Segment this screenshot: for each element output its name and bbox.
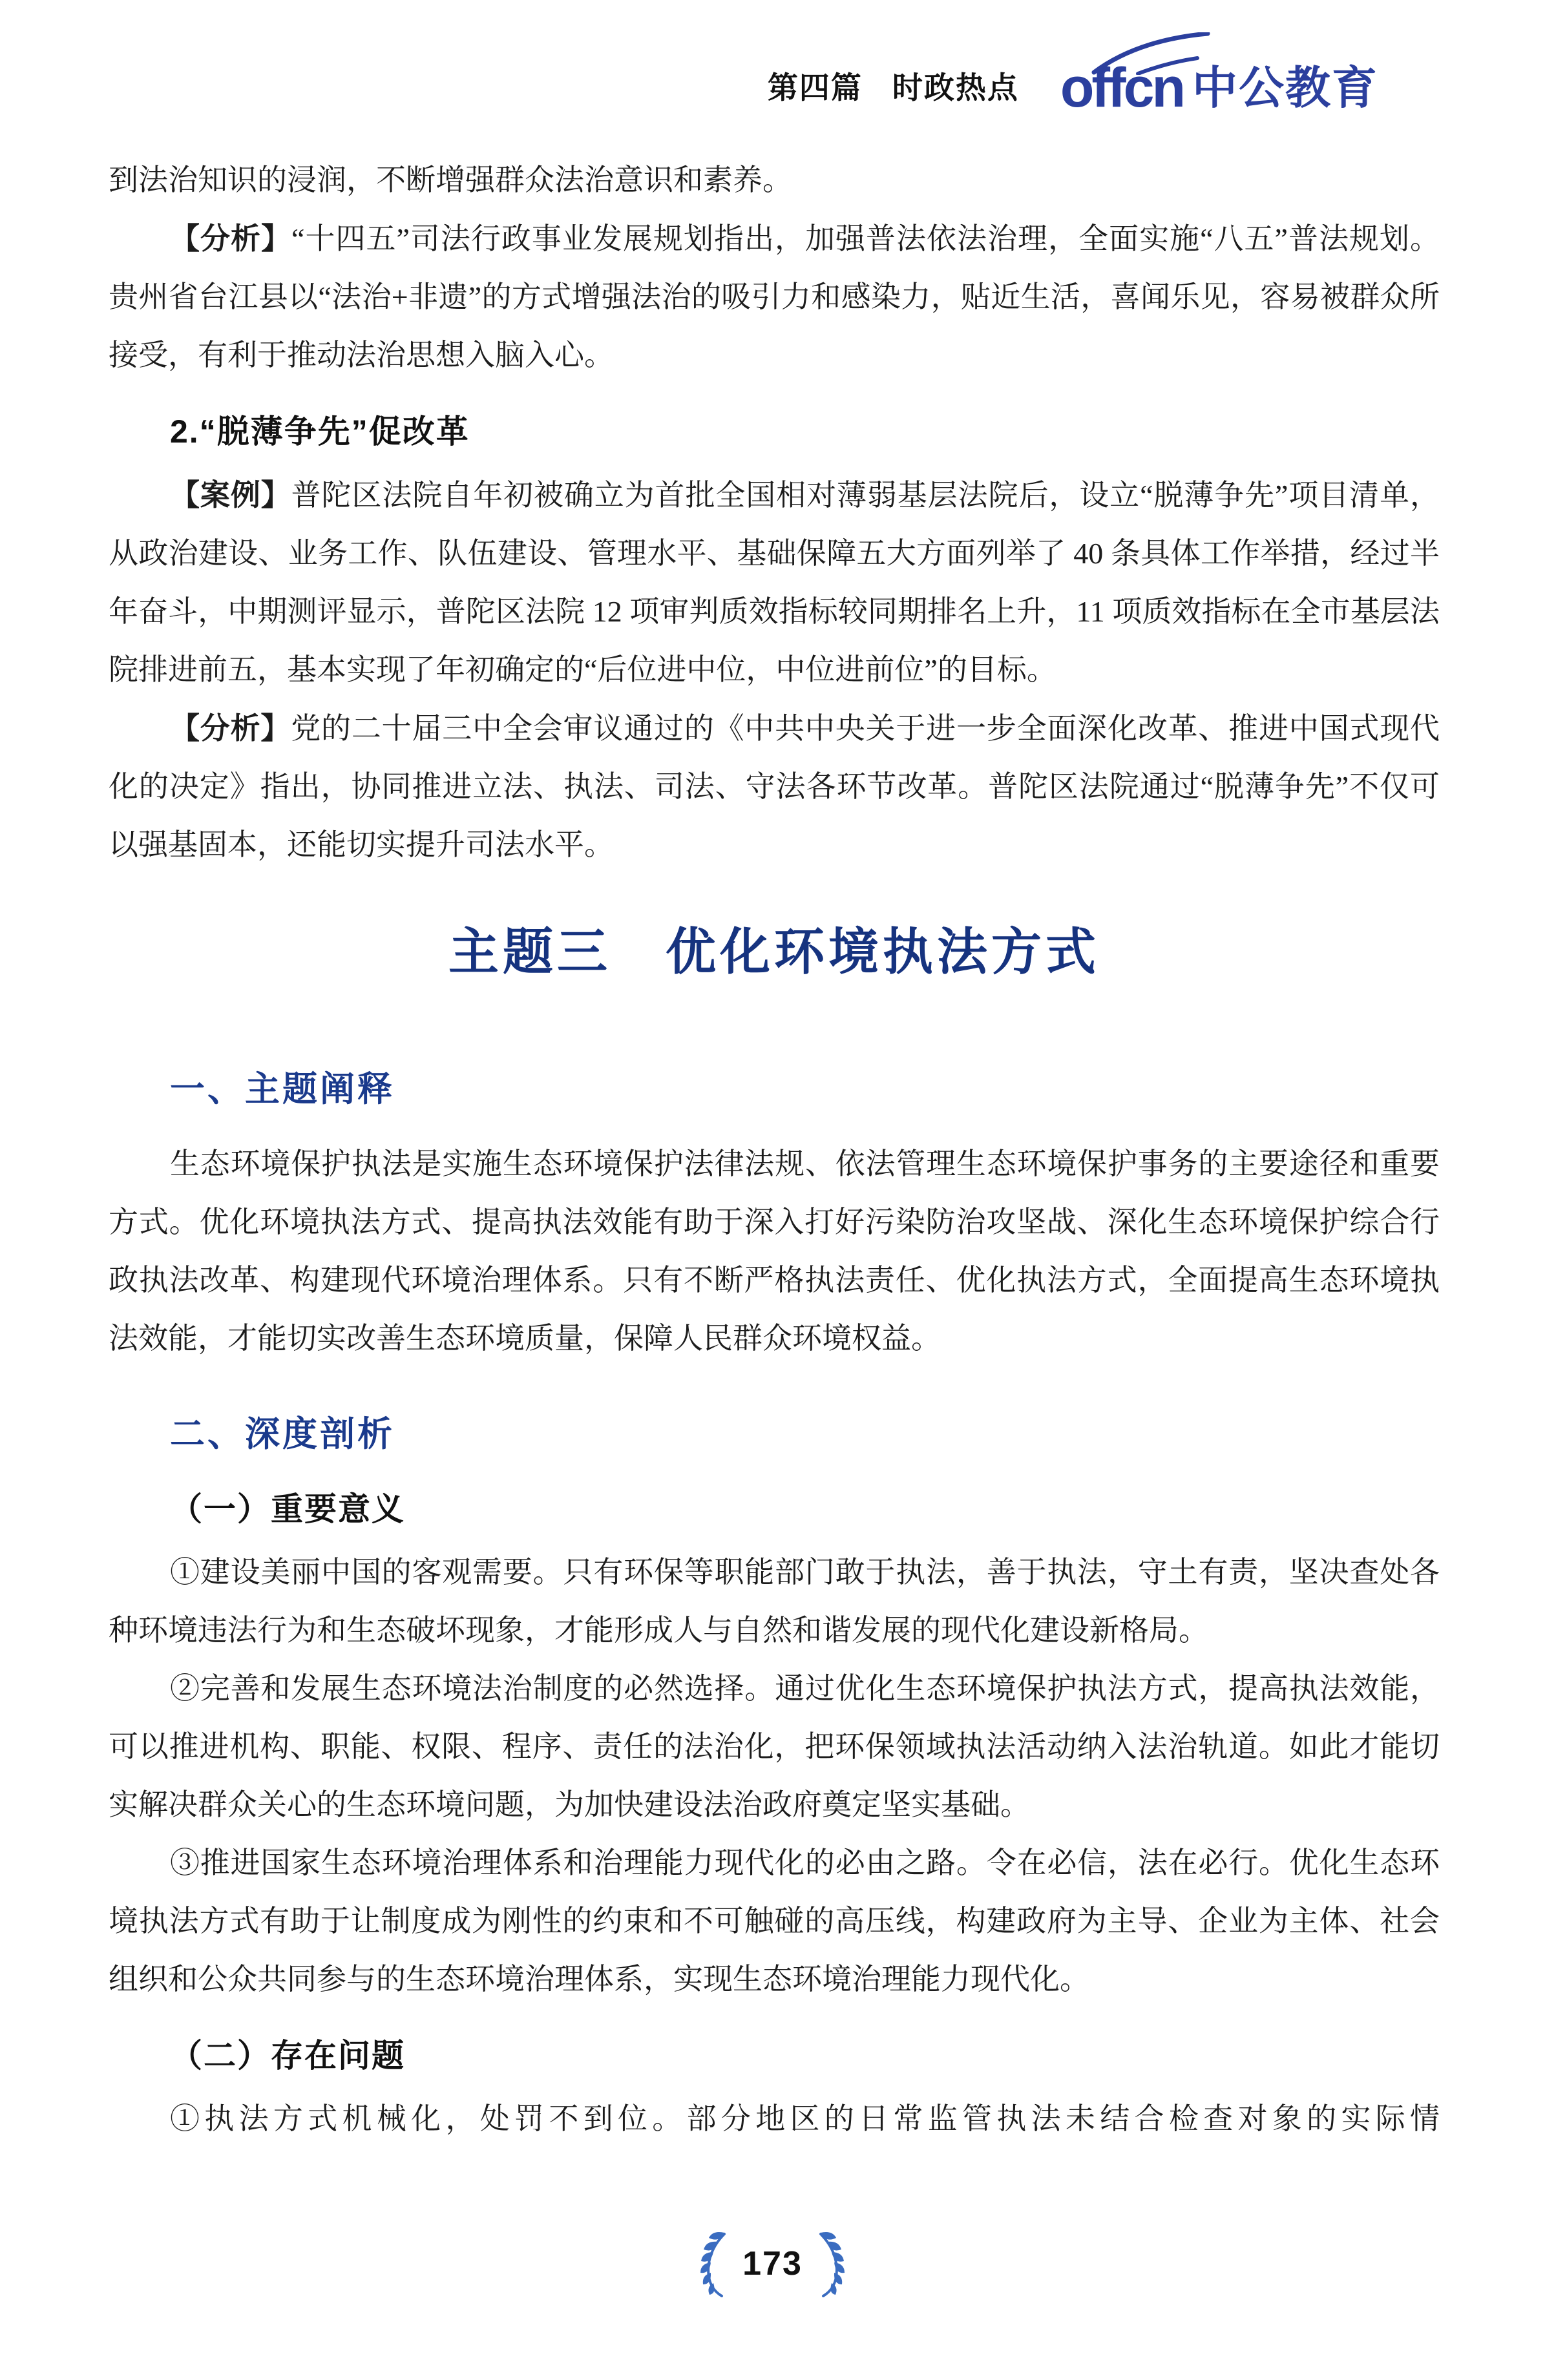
running-head: 第四篇 时政热点 [768, 68, 1019, 114]
section-heading: 二、深度剖析 [109, 1406, 1440, 1462]
subsection-heading: 2.“脱薄争先”促改革 [109, 402, 1440, 461]
paragraph-lead-label: 【案例】 [170, 478, 291, 512]
paragraph: 到法治知识的浸润，不断增强群众法治意识和素养。 [109, 151, 1440, 209]
paragraph: ①执法方式机械化，处罚不到位。部分地区的日常监管执法未结合检查对象的实际情 [109, 2090, 1440, 2148]
chapter-title: 主题三 优化环境执法方式 [109, 913, 1440, 990]
page-body: 到法治知识的浸润，不断增强群众法治意识和素养。【分析】“十四五”司法行政事业发展… [0, 114, 1545, 2148]
page-footer: 173 [0, 2230, 1545, 2297]
logo-swoosh-icon [1089, 32, 1212, 75]
offcn-logo: offcn 中公教育 [1060, 62, 1378, 114]
paragraph-lead-label: 【分析】 [170, 222, 291, 255]
laurel-left-icon [699, 2230, 730, 2297]
laurel-right-icon [815, 2230, 846, 2297]
subsection-heading: （一）重要意义 [109, 1480, 1440, 1538]
paragraph: ③推进国家生态环境治理体系和治理能力现代化的必由之路。令在必信，法在必行。优化生… [109, 1834, 1440, 2009]
book-page: 第四篇 时政热点 offcn 中公教育 到法治知识的浸润，不断增强群众法治意识和… [0, 0, 1545, 2380]
paragraph: 【分析】党的二十届三中全会审议通过的《中共中央关于进一步全面深化改革、推进中国式… [109, 699, 1440, 874]
paragraph: ①建设美丽中国的客观需要。只有环保等职能部门敢于执法，善于执法，守土有责，坚决查… [109, 1543, 1440, 1660]
paragraph-lead-label: 【分析】 [170, 711, 291, 745]
subsection-heading: （二）存在问题 [109, 2027, 1440, 2085]
part-title: 时政热点 [892, 68, 1019, 107]
paragraph: ②完善和发展生态环境法治制度的必然选择。通过优化生态环境保护执法方式，提高执法效… [109, 1660, 1440, 1834]
page-header: 第四篇 时政热点 offcn 中公教育 [0, 0, 1545, 114]
page-number: 173 [742, 2244, 803, 2283]
paragraph: 【案例】普陀区法院自年初被确立为首批全国相对薄弱基层法院后，设立“脱薄争先”项目… [109, 466, 1440, 699]
offcn-logo-cjk: 中公教育 [1192, 63, 1378, 114]
offcn-logo-latin: offcn [1060, 62, 1183, 114]
paragraph: 【分析】“十四五”司法行政事业发展规划指出，加强普法依法治理，全面实施“八五”普… [109, 209, 1440, 384]
paragraph: 生态环境保护执法是实施生态环境保护法律法规、依法管理生态环境保护事务的主要途径和… [109, 1135, 1440, 1368]
part-label: 第四篇 [768, 68, 863, 107]
section-heading: 一、主题阐释 [109, 1061, 1440, 1117]
